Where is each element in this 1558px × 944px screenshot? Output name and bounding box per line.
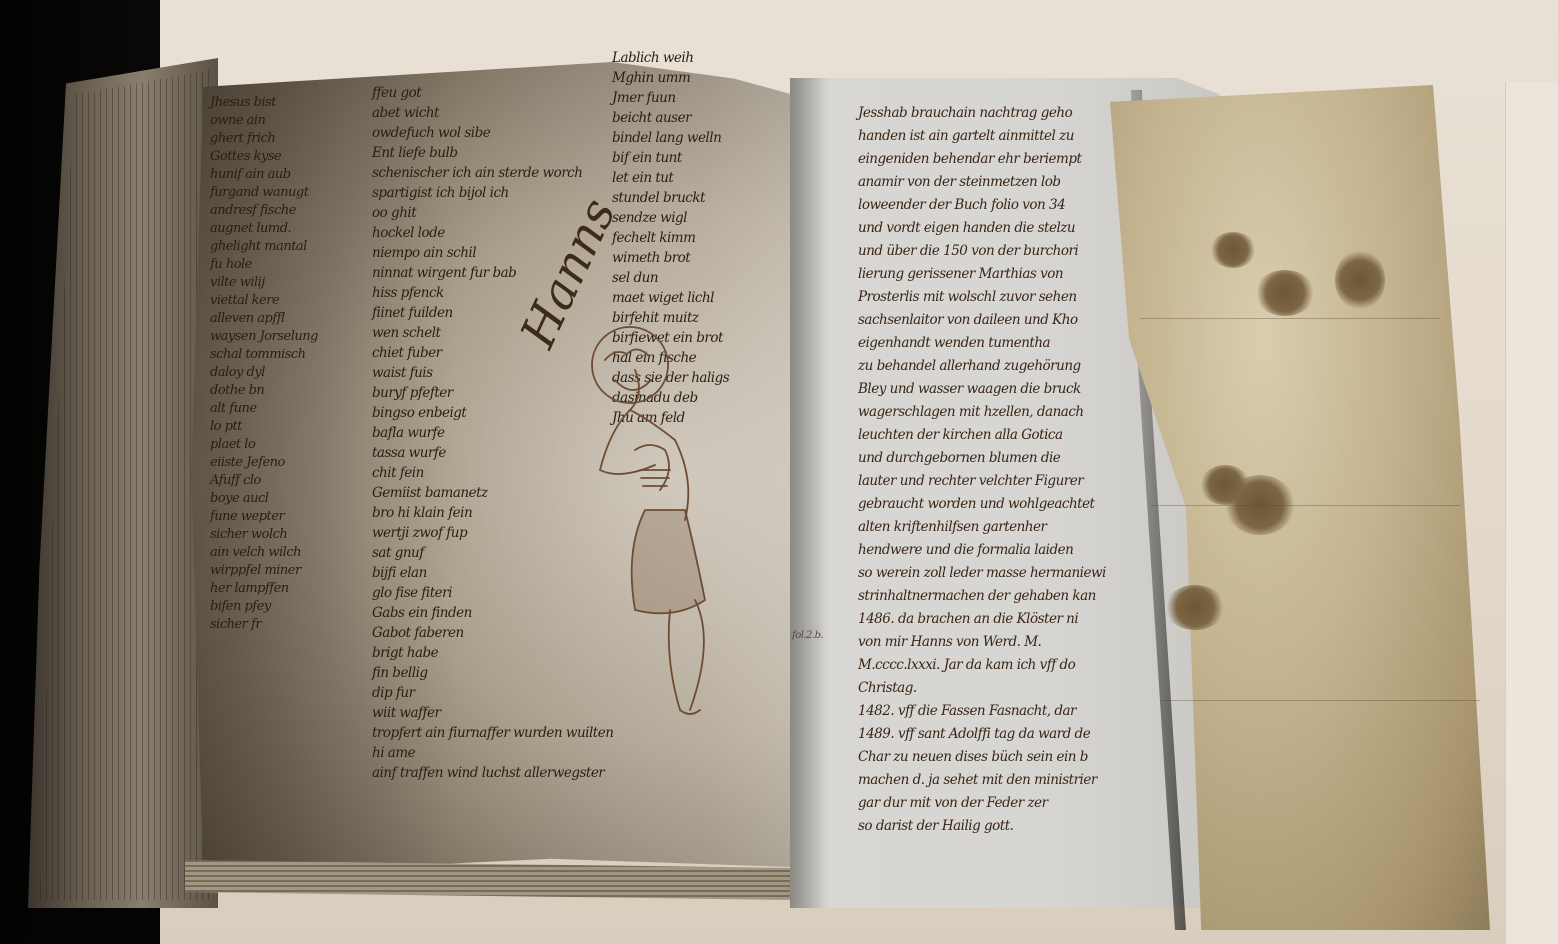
- text-line: eiiste Jefeno: [210, 455, 318, 470]
- text-line: Jhesus bist: [210, 95, 318, 110]
- text-line: hunif ain aub: [210, 167, 318, 182]
- text-line: Lablich weih: [612, 50, 729, 66]
- text-line: plaet lo: [210, 437, 318, 452]
- text-line: ghert frich: [210, 131, 318, 146]
- wax-seal-stain: [1210, 232, 1256, 268]
- text-line: Ent liefe bulb: [372, 145, 613, 161]
- text-line: so werein zoll leder masse hermaniewi: [858, 565, 1106, 581]
- text-line: bindel lang welln: [612, 130, 729, 146]
- text-line: her lampffen: [210, 581, 318, 596]
- text-line: Christag.: [858, 680, 1106, 696]
- text-line: furgand wanugt: [210, 185, 318, 200]
- text-line: sel dun: [612, 270, 729, 286]
- text-line: Mghin umm: [612, 70, 729, 86]
- text-line: schenischer ich ain sterde worch: [372, 165, 613, 181]
- wax-seal-stain: [1165, 585, 1225, 630]
- wax-seal-stain: [1335, 250, 1385, 310]
- text-line: ainf traffen wind luchst allerwegster: [372, 765, 613, 781]
- text-line: daloy dyl: [210, 365, 318, 380]
- fold-line: [1140, 318, 1440, 319]
- text-line: fechelt kimm: [612, 230, 729, 246]
- text-line: zu behandel allerhand zugehörung: [858, 358, 1106, 374]
- text-line: lierung gerissener Marthias von: [858, 266, 1106, 282]
- text-line: bifen pfey: [210, 599, 318, 614]
- text-line: vilte wilij: [210, 275, 318, 290]
- text-line: alt fune: [210, 401, 318, 416]
- wax-seal-stain: [1255, 270, 1315, 316]
- text-line: stundel bruckt: [612, 190, 729, 206]
- text-line: boye aucl: [210, 491, 318, 506]
- text-line: andresf fische: [210, 203, 318, 218]
- text-line: und über die 150 von der burchori: [858, 243, 1106, 259]
- text-line: abet wicht: [372, 105, 613, 121]
- fold-line: [1160, 700, 1480, 701]
- text-line: fu hole: [210, 257, 318, 272]
- text-line: maet wiget lichl: [612, 290, 729, 306]
- text-line: eingeniden behendar ehr beriempt: [858, 151, 1106, 167]
- text-line: Prosterlis mit wolschl zuvor sehen: [858, 289, 1106, 305]
- text-line: so darist der Hailig gott.: [858, 818, 1106, 834]
- text-line: 1486. da brachen an die Klöster ni: [858, 611, 1106, 627]
- text-line: alten kriftenhilfsen gartenher: [858, 519, 1106, 535]
- text-line: M.cccc.lxxxi. Jar da kam ich vff do: [858, 657, 1106, 673]
- text-line: alleven apffl: [210, 311, 318, 326]
- man-of-sorrows-drawing: [575, 320, 795, 730]
- text-line: hendwere und die formalia laiden: [858, 542, 1106, 558]
- text-line: let ein tut: [612, 170, 729, 186]
- text-line: owne ain: [210, 113, 318, 128]
- text-line: beicht auser: [612, 110, 729, 126]
- text-line: viettal kere: [210, 293, 318, 308]
- text-line: sachsenlaitor von daileen und Kho: [858, 312, 1106, 328]
- left-page-column-a: Jhesus bist owne ain ghert frich Gottes …: [210, 95, 318, 632]
- text-line: Jesshab brauchain nachtrag geho: [858, 105, 1106, 121]
- text-line: gebraucht worden und wohlgeachtet: [858, 496, 1106, 512]
- text-line: von mir Hanns von Werd. M.: [858, 634, 1106, 650]
- text-line: bif ein tunt: [612, 150, 729, 166]
- text-line: sicher wolch: [210, 527, 318, 542]
- text-line: Gottes kyse: [210, 149, 318, 164]
- text-line: ffeu got: [372, 85, 613, 101]
- text-line: lauter und rechter velchter Figurer: [858, 473, 1106, 489]
- text-line: sendze wigl: [612, 210, 729, 226]
- text-line: Char zu neuen dises büch sein ein b: [858, 749, 1106, 765]
- text-line: fune wepter: [210, 509, 318, 524]
- text-line: leuchten der kirchen alla Gotica: [858, 427, 1106, 443]
- text-line: und durchgebornen blumen die: [858, 450, 1106, 466]
- fold-line: [1150, 505, 1460, 506]
- margin-note: fol.2.b.: [792, 630, 823, 641]
- text-line: Jmer fuun: [612, 90, 729, 106]
- text-line: 1489. vff sant Adolffi tag da ward de: [858, 726, 1106, 742]
- text-line: anamir von der steinmetzen lob: [858, 174, 1106, 190]
- display-mat-edge: [1505, 82, 1558, 944]
- text-line: 1482. vff die Fassen Fasnacht, dar: [858, 703, 1106, 719]
- text-line: augnet lumd.: [210, 221, 318, 236]
- text-line: strinhaltnermachen der gehaben kan: [858, 588, 1106, 604]
- text-line: wimeth brot: [612, 250, 729, 266]
- text-line: wirppfel miner: [210, 563, 318, 578]
- gutter-shadow: [790, 78, 830, 908]
- text-line: lo ptt: [210, 419, 318, 434]
- text-line: schal tommisch: [210, 347, 318, 362]
- text-line: waysen Jorselung: [210, 329, 318, 344]
- text-line: handen ist ain gartelt ainmittel zu: [858, 128, 1106, 144]
- text-line: Bley und wasser waagen die bruck: [858, 381, 1106, 397]
- text-line: wagerschlagen mit hzellen, danach: [858, 404, 1106, 420]
- text-line: machen d. ja sehet mit den ministrier: [858, 772, 1106, 788]
- text-line: und vordt eigen handen die stelzu: [858, 220, 1106, 236]
- text-line: eigenhandt wenden tumentha: [858, 335, 1106, 351]
- text-line: Afuff clo: [210, 473, 318, 488]
- text-line: loweender der Buch folio von 34: [858, 197, 1106, 213]
- text-line: owdefuch wol sibe: [372, 125, 613, 141]
- text-line: gar dur mit von der Feder zer: [858, 795, 1106, 811]
- text-line: dothe bn: [210, 383, 318, 398]
- text-line: ghelight mantal: [210, 239, 318, 254]
- right-page-text: Jesshab brauchain nachtrag geho handen i…: [858, 105, 1106, 834]
- text-line: ain velch wilch: [210, 545, 318, 560]
- text-line: sicher fr: [210, 617, 318, 632]
- text-line: hi ame: [372, 745, 613, 761]
